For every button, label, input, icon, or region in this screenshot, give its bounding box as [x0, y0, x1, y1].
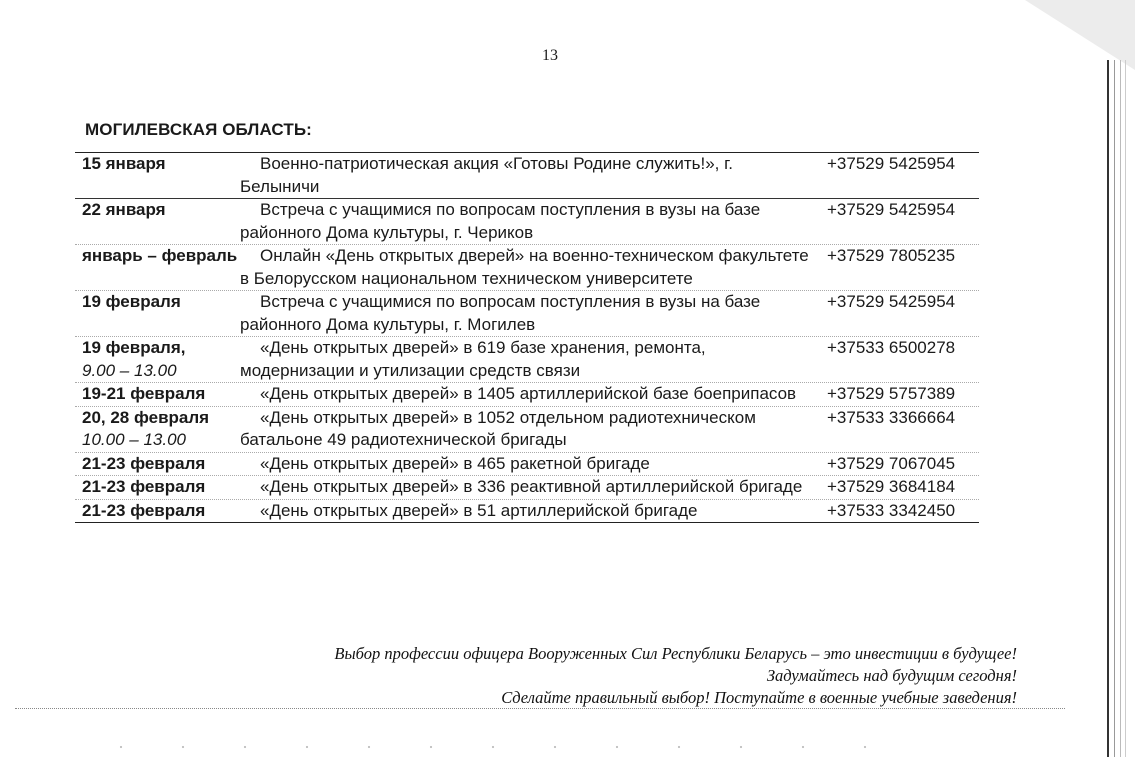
date-text: 21-23 февраля: [82, 477, 205, 496]
event-description: Встреча с учащимися по вопросам поступле…: [240, 291, 827, 336]
event-phone: +37529 7067045: [827, 453, 979, 476]
event-description: «День открытых дверей» в 619 базе хранен…: [240, 337, 827, 382]
date-text: 21-23 февраля: [82, 454, 205, 473]
page-edge: [1107, 60, 1109, 757]
event-description: Онлайн «День открытых дверей» на военно-…: [240, 245, 827, 290]
event-row: 19 февраля Встреча с учащимися по вопрос…: [75, 290, 979, 336]
time-text: 10.00 – 13.00: [82, 429, 240, 452]
footer-divider: [15, 708, 1065, 709]
event-date: 19 февраля,9.00 – 13.00: [82, 337, 240, 382]
event-date: 21-23 февраля: [82, 500, 240, 523]
event-date: 22 января: [82, 199, 240, 244]
event-date: 19-21 февраля: [82, 383, 240, 406]
event-phone: +37529 5425954: [827, 199, 979, 244]
footer-slogans: Выбор профессии офицера Вооруженных Сил …: [334, 643, 1017, 709]
event-row: 20, 28 февраля10.00 – 13.00 «День открыт…: [75, 406, 979, 452]
date-text: 19 февраля: [82, 292, 181, 311]
footer-line: Сделайте правильный выбор! Поступайте в …: [334, 687, 1017, 709]
event-description: Встреча с учащимися по вопросам поступле…: [240, 199, 827, 244]
date-text: 19 февраля,: [82, 338, 185, 357]
event-row: 21-23 февраля «День открытых дверей» в 4…: [75, 452, 979, 476]
event-description: «День открытых дверей» в 1405 артиллерий…: [240, 383, 827, 406]
date-text: январь – февраль: [82, 246, 237, 265]
event-row: 21-23 февраля «День открытых дверей» в 3…: [75, 475, 979, 499]
event-description: «День открытых дверей» в 465 ракетной бр…: [240, 453, 827, 476]
date-text: 19-21 февраля: [82, 384, 205, 403]
event-row: январь – февраль Онлайн «День открытых д…: [75, 244, 979, 290]
event-phone: +37533 3342450: [827, 500, 979, 523]
event-phone: +37529 7805235: [827, 245, 979, 290]
page-edge: [1114, 60, 1115, 757]
event-description: «День открытых дверей» в 1052 отдельном …: [240, 407, 827, 452]
event-date: 21-23 февраля: [82, 453, 240, 476]
event-row: 19-21 февраля «День открытых дверей» в 1…: [75, 382, 979, 406]
footer-line: Выбор профессии офицера Вооруженных Сил …: [334, 643, 1017, 665]
time-text: 9.00 – 13.00: [82, 360, 240, 383]
event-date: январь – февраль: [82, 245, 240, 290]
event-date: 21-23 февраля: [82, 476, 240, 499]
event-phone: +37529 5425954: [827, 291, 979, 336]
event-phone: +37529 5757389: [827, 383, 979, 406]
events-table: 15 января Военно-патриотическая акция «Г…: [75, 152, 979, 523]
event-description: «День открытых дверей» в 51 артиллерийск…: [240, 500, 827, 523]
event-phone: +37533 3366664: [827, 407, 979, 452]
date-text: 22 января: [82, 200, 166, 219]
event-row: 19 февраля,9.00 – 13.00 «День открытых д…: [75, 336, 979, 382]
event-description: Военно-патриотическая акция «Готовы Роди…: [240, 153, 827, 198]
event-phone: +37533 6500278: [827, 337, 979, 382]
event-row: 15 января Военно-патриотическая акция «Г…: [75, 153, 979, 198]
date-text: 21-23 февраля: [82, 501, 205, 520]
event-phone: +37529 5425954: [827, 153, 979, 198]
page-edge: [1125, 60, 1126, 757]
date-text: 20, 28 февраля: [82, 408, 209, 427]
page-edge: [1120, 60, 1121, 757]
event-description: «День открытых дверей» в 336 реактивной …: [240, 476, 827, 499]
region-title: МОГИЛЕВСКАЯ ОБЛАСТЬ:: [85, 120, 312, 140]
event-date: 19 февраля: [82, 291, 240, 336]
event-row: 22 января Встреча с учащимися по вопроса…: [75, 198, 979, 244]
event-phone: +37529 3684184: [827, 476, 979, 499]
event-row: 21-23 февраля «День открытых дверей» в 5…: [75, 499, 979, 523]
event-date: 20, 28 февраля10.00 – 13.00: [82, 407, 240, 452]
event-date: 15 января: [82, 153, 240, 198]
scan-specks: [90, 744, 870, 750]
footer-line: Задумайтесь над будущим сегодня!: [334, 665, 1017, 687]
date-text: 15 января: [82, 154, 166, 173]
page-number: 13: [0, 47, 1100, 65]
